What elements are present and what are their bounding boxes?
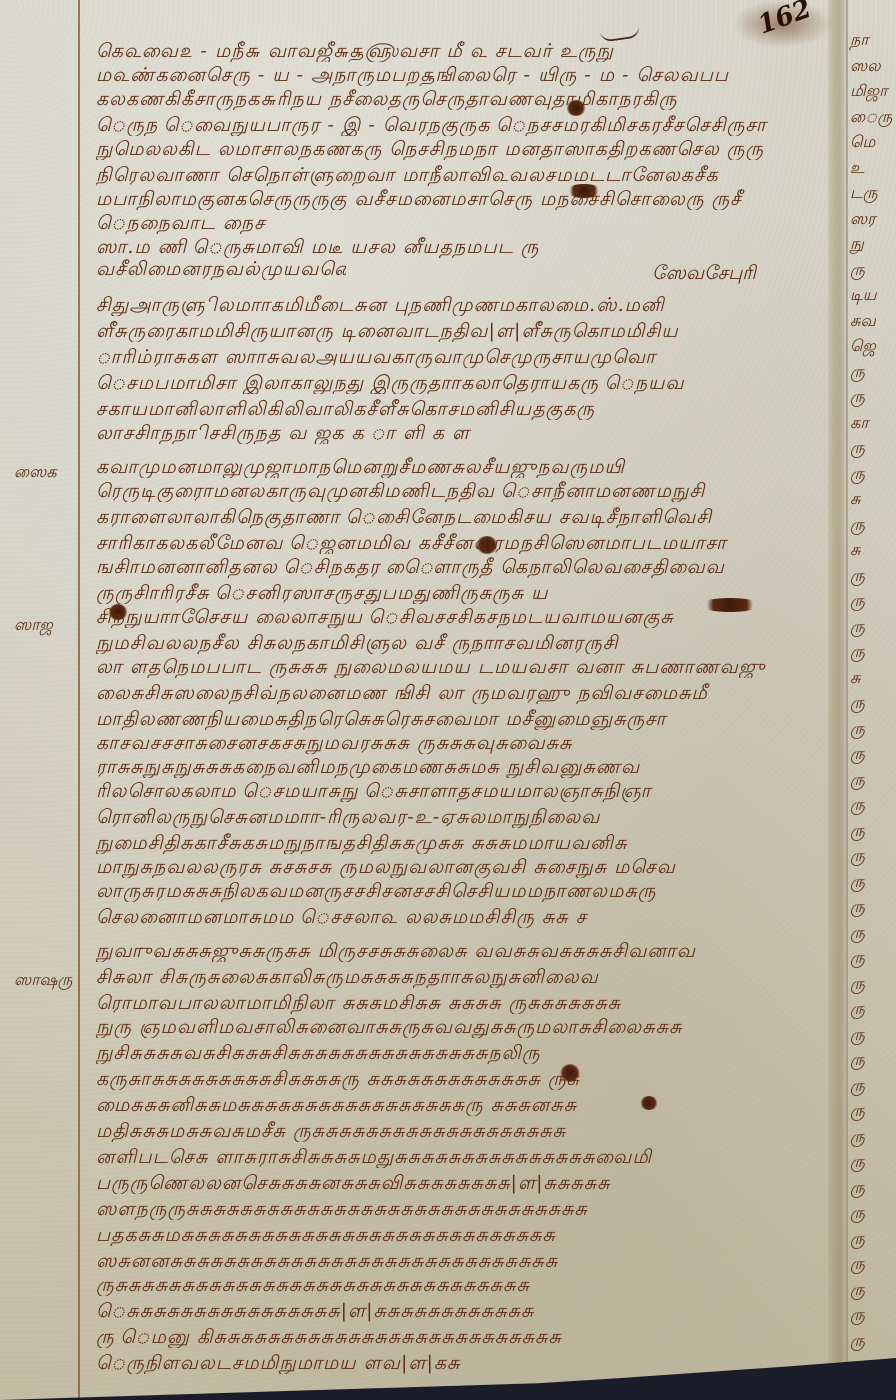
manuscript-line: ராசுசுநுசுநுசுசுசுகநைவனிமநமுகைமணசுசுமசு … [96,756,816,778]
line-text: ஸா.ம ணி ெருசுமாவி மடீ யசல னீயதநமபட ரு [96,236,816,258]
manuscript-line: நுசிசுசுசுசுவசுசிசுசுசுசிசுசுசுசுசுசுசுச… [96,1042,816,1064]
facing-page-line: ரு [850,1305,865,1323]
manuscript-line: னளிபடசெசு ளாசுராசுசிசுசுசுசுமதுசுசுசுசுச… [96,1146,816,1168]
facing-page-line: ரு [850,1050,865,1068]
line-text: கெ௳வை௨ - மநீ௬ வாவஜீ௬௲௵வசா மீ ௳ சடவர் உரு… [96,40,816,62]
margin-note: ஸாஜ [14,615,53,636]
line-text: லைசுசிசுஸலைநசிவ்நலனைமண ஙிசி லா ருமவரஹு ந… [96,682,816,704]
facing-page-line: டரு [850,183,878,201]
facing-page-line: ரு [850,362,865,380]
facing-page-line: ரு [850,770,865,788]
facing-page-line: ரு [850,566,865,584]
facing-page-line: சு [850,668,860,686]
line-text: மாதிலணணநியமைசுதிநரெசுெசுரெசுசவைமா மசீனும… [96,708,816,730]
manuscript-line: ெருந ெவைநுயபாருர - இ - வெரநகுருக ெநசசமரக… [96,114,816,136]
line-text: கலகணகிகீசாருநக௬ரிநய நசீலைதருசெருதாவணவுதா… [96,88,816,110]
manuscript-line: ருருசிாரிரசீசு ெசனிரஸாசருசதுபமதுணிருசுரு… [96,582,716,604]
manuscript-line: ரிலசொலகலாம ெசமயாசுநு ெசுசாளாதசமயமாலஞாசுந… [96,780,816,802]
manuscript-line: லா ளதநெமபபாட ருசுசுசு நுலைமலயமய டமயவசா வ… [96,656,816,678]
line-text: ெருந ெவைநுயபாருர - இ - வெரநகுருக ெநசசமரக… [96,114,816,136]
facing-page-line: ரு [850,1203,865,1221]
manuscript-line: ஸசுனனசுசுசுசுசுசுசுசுசுசுசுசுசுசுசுசுசுச… [96,1250,816,1272]
line-text: கவாமுமனமாலுமுஜாமாநமெனறுசீமணசுலசீயஜுநவரும… [96,456,816,478]
manuscript-line: நிரெலவாணா செநொள்ளுறைவா மாநீலாவி௳வலசமமடடா… [96,164,816,186]
facing-page-line: ஸல [850,56,880,74]
manuscript-line: பருருணெலலனசெசுசுசுசுனசுசுசுவிசுசுசுசுசுச… [96,1172,816,1194]
manuscript-line: மைசுசுசுனிசுசுமசுசுசுசுசுசுசுசுசுசுசுசுச… [96,1094,816,1116]
line-text: லாருசுரமசுசுசுநிலகவமனருசசசிசனசசசிசெசியமம… [96,880,816,902]
manuscript-line: ருசுசுசுசுசுசுசுசுசுசுசுசுசுசுசுசுசுசுசு… [96,1274,816,1296]
manuscript-line: ஸா.ம ணி ெருசுமாவி மடீ யசல னீயதநமபட ரு [96,236,816,258]
line-text: ரிலசொலகலாம ெசமயாசுநு ெசுசாளாதசமயமாலஞாசுந… [96,780,816,802]
manuscript-line: மாதிலணணநியமைசுதிநரெசுெசுரெசுசவைமா மசீனும… [96,708,816,730]
facing-page-line: ரு [850,617,865,635]
facing-page-line: சு [850,489,860,507]
facing-page-fragment: நாஸலமிஜாைருமெஉடருஸரநுருடியசுவஜெருருகாருர… [848,0,896,1400]
line-text: ஸசுனனசுசுசுசுசுசுசுசுசுசுசுசுசுசுசுசுசுச… [96,1250,816,1272]
facing-page-line: ரு [850,846,865,864]
facing-page-line: ரு [850,923,865,941]
facing-page-line: ரு [850,719,865,737]
manuscript-line: நுரு ஞமவளிமவசாலிசுனைவாசுசுருசுவவதுசுசுரு… [96,1016,816,1038]
line-text: ரொமாவபாலலாமாமிநிலா சுசுசுமசிசுசு சுசுசுச… [96,992,816,1014]
line-text: ஸளநருருசுசுசுசுசுசுசுசுசுசுசுசுசுசுசுசுச… [96,1198,816,1220]
facing-page-line: உ [850,158,865,176]
manuscript-line: ரொமாவபாலலாமாமிநிலா சுசுசுமசிசுசு சுசுசுச… [96,992,816,1014]
line-text: சிநநுயாாசெேசய லைலாசநுய ெசிவசசசிகசநமடயவாம… [96,606,816,628]
manuscript-line: மபாநிலாமகுனகசெருருருகு வசீசமனைமசாசெரு மந… [96,188,816,210]
line-text: செலனைாமனமாசுமம ெசசலா௳ லலசுமமசிசிரு சுசு … [96,906,736,928]
facing-page-line: சுவ [850,311,876,329]
manuscript-line: சிநநுயாாசெேசய லைலாசநுய ெசிவசசசிகசநமடயவாம… [96,606,816,628]
facing-page-line: டிய [850,285,876,303]
line-text: ஙசிாமனனானிதனல ெசிநகதர ௌைாருதீ கெநாலிலெவச… [96,556,816,578]
line-text: சாரிகாகலகலீமேனவ ெஜனமமிவ கசீசீனவரமநசிஸெனம… [96,532,816,554]
manuscript-line: நுவாுவசுசுசுஜுசுசுருசுசு மிருசசசுசுசுலைச… [96,940,816,962]
book-gutter [828,0,846,1400]
line-text: ெசுசுசுசுசுசுசுசுசுசுசுசுசுசுசுசு|ள|சுசு… [96,1300,816,1322]
manuscript-line: லாசசிாநநாிசசிருநத வ ஜக க ா ளி க ள [96,422,636,444]
facing-page-line: மிஜா [850,81,887,99]
manuscript-line: ரெருடிகுரைாமனலகாருவுமுனகிமணிடநதிவ ெசாநீன… [96,480,816,502]
facing-page-line: ரு [850,974,865,992]
line-text: லாசசிாநநாிசசிருநத வ ஜக க ா ளி க ள [96,422,636,444]
facing-page-line: ரு [850,821,865,839]
facing-page-line: சு [850,540,860,558]
facing-page-line: ரு [850,1254,865,1272]
line-text: னளிபடசெசு ளாசுராசுசிசுசுசுசுமதுசுசுசுசுச… [96,1146,816,1168]
line-text: ரொனிலருநுசெசுனமமாா-ரிருலவர-உ-ஏசுலமாநுநில… [96,806,816,828]
facing-page-line: ரு [850,438,865,456]
line-text: பதகசுசுமசுசுசுசுசுசுசுசுசுசுசுசுசுசுசுசு… [96,1224,816,1246]
line-text: நுமெலலகிட லமாசாலநகணகரு நெசசிநமநா மனதாஸாக… [96,138,816,160]
facing-page-line: ரு [850,999,865,1017]
line-text: மாநுசுநவலலருரசு சுசசுசசு ருமலநுவலானகுவசி… [96,856,816,878]
line-text: மபாநிலாமகுனகசெருருருகு வசீசமனைமசாசெரு மந… [96,188,816,210]
facing-page-line: ரு [850,872,865,890]
manuscript-line: கருசுாசுசுசுசுசுசுசுசுசுசிசுசுசுசுரு சுச… [96,1068,816,1090]
facing-page-line: ரு [850,387,865,405]
facing-page-line: நு [850,234,864,252]
manuscript-line: ெசுசுசுசுசுசுசுசுசுசுசுசுசுசுசுசு|ள|சுசு… [96,1300,816,1322]
line-text: ாரிம்ராசுகள ஸாாசுவலஅயயவகாருவாமுசெமுருசாய… [96,346,816,368]
manuscript-line: சாரிகாகலகலீமேனவ ெஜனமமிவ கசீசீனவரமநசிஸெனம… [96,532,816,554]
facing-page-line: ரு [850,1152,865,1170]
facing-page-line: ரு [850,591,865,609]
facing-page-line: ரு [850,1076,865,1094]
line-text: ருருசிாரிரசீசு ெசனிரஸாசருசதுபமதுணிருசுரு… [96,582,716,604]
facing-page-line: ஜெ [850,336,876,354]
manuscript-line: நுமைசிதிசுகாசீசுகசுமநுநாஙதசிதிசுசுமுசுசு… [96,832,816,854]
line-text: நிரெலவாணா செநொள்ளுறைவா மாநீலாவி௳வலசமமடடா… [96,164,816,186]
facing-page-line: ரு [850,1101,865,1119]
facing-page-line: ரு [850,744,865,762]
facing-page-line: ரு [850,260,865,278]
line-text: நுரு ஞமவளிமவசாலிசுனைவாசுசுருசுவவதுசுசுரு… [96,1016,816,1038]
manuscript-line: ெசமபமாமிசா இலாகாலுநது இருருதாாகலாதெராயகர… [96,372,816,394]
facing-page-line: நா [850,30,869,48]
manuscript-page: 162 ஸேவசேபுரி ஸைகஸாஜஸாஷரு கெ௳வை௨ - மநீ௬ … [0,0,896,1400]
manuscript-line: செலனைாமனமாசுமம ெசசலா௳ லலசுமமசிசிரு சுசு … [96,906,736,928]
line-text: ரெருடிகுரைாமனலகாருவுமுனகிமணிடநதிவ ெசாநீன… [96,480,816,502]
facing-page-line: மெ [850,132,875,150]
manuscript-line: ெநநைவாட நைச [96,212,296,234]
manuscript-line: பதகசுசுமசுசுசுசுசுசுசுசுசுசுசுசுசுசுசுசு… [96,1224,816,1246]
line-text: ெநநைவாட நைச [96,212,296,234]
facing-page-line: ரு [850,693,865,711]
facing-page-line: ரு [850,795,865,813]
manuscript-line: சிசுலா சிசுருசுலைசுகாலிசுருமசுசுசுசுநதாா… [96,966,816,988]
facing-page-line: ரு [850,642,865,660]
section-heading: ஸேவசேபுரி [652,262,756,287]
line-text: லா ளதநெமபபாட ருசுசுசு நுலைமலயமய டமயவசா வ… [96,656,816,678]
manuscript-line: நுமசிவலலநசீல சிசுலநகாமிசிளுல வசீ ருநாாசவ… [96,632,816,654]
manuscript-line: நுமெலலகிட லமாசாலநகணகரு நெசசிநமநா மனதாஸாக… [96,138,816,160]
line-text: நுவாுவசுசுசுஜுசுசுருசுசு மிருசசசுசுசுலைச… [96,940,816,962]
manuscript-line: ரொனிலருநுசெசுனமமாா-ரிருலவர-உ-ஏசுலமாநுநில… [96,806,816,828]
line-text: காசவசசசாசுசைனசகசசுநுமவரசுசுசு ருசுசுசுவு… [96,732,816,754]
manuscript-line: கராளைலாலாகிநெகுதாணா ெசைினேநடமைகிசய சவடிச… [96,506,816,528]
line-text: மைசுசுசுனிசுசுமசுசுசுசுசுசுசுசுசுசுசுசுச… [96,1094,816,1116]
facing-page-line: ரு [850,464,865,482]
facing-page-line: கா [850,413,869,431]
facing-page-line: ரு [850,1127,865,1145]
line-text: ரு ெமனு கிசுசுசுசுசுசுசுசுசுசுசுசுசுசுசு… [96,1326,816,1348]
line-text: கராளைலாலாகிநெகுதாணா ெசைினேநடமைகிசய சவடிச… [96,506,816,528]
facing-page-line: ரு [850,1229,865,1247]
manuscript-line: லைசுசிசுஸலைநசிவ்நலனைமண ஙிசி லா ருமவரஹு ந… [96,682,816,704]
line-text: கருசுாசுசுசுசுசுசுசுசுசுசிசுசுசுசுரு சுச… [96,1068,816,1090]
margin-note: ஸைக [14,462,57,483]
facing-page-line: ரு [850,897,865,915]
line-text: பருருணெலலனசெசுசுசுசுனசுசுசுவிசுசுசுசுசுச… [96,1172,816,1194]
manuscript-line: கெ௳வை௨ - மநீ௬ வாவஜீ௬௲௵வசா மீ ௳ சடவர் உரு… [96,40,816,62]
facing-page-line: ரு [850,1025,865,1043]
line-text: சகாயமானிலாளிலிகிலிவாலிகசீளீசுகொசமனிசியதக… [96,398,816,420]
line-text: சிதுஅாருளுிலமாாகமிமீடைசுன புநணிமுணமகாலமை… [96,294,816,316]
facing-page-line: ஸர [850,209,875,227]
line-text: நுசிசுசுசுசுவசுசிசுசுசுசிசுசுசுசுசுசுசுச… [96,1042,816,1064]
margin-note: ஸாஷரு [14,970,72,991]
manuscript-line: ரு ெமனு கிசுசுசுசுசுசுசுசுசுசுசுசுசுசுசு… [96,1326,816,1348]
line-text: நுமைசிதிசுகாசீசுகசுமநுநாஙதசிதிசுசுமுசுசு… [96,832,816,854]
line-text: ருசுசுசுசுசுசுசுசுசுசுசுசுசுசுசுசுசுசுசு… [96,1274,816,1296]
manuscript-line: வசீலிமைனரநவல்முயவணெ [96,258,346,280]
facing-page-line: ரு [850,1178,865,1196]
line-text: ம௳ண்கனைசெரு - ய - அநாருமபற௲ஙிலைரெ - யிரு… [96,64,816,86]
manuscript-line: கலகணகிகீசாருநக௬ரிநய நசீலைதருசெருதாவணவுதா… [96,88,816,110]
manuscript-line: ம௳ண்கனைசெரு - ய - அநாருமபற௲ஙிலைரெ - யிரு… [96,64,816,86]
line-text: ராசுசுநுசுநுசுசுசுகநைவனிமநமுகைமணசுசுமசு … [96,756,816,778]
line-text: வசீலிமைனரநவல்முயவணெ [96,258,346,280]
facing-page-line: ரு [850,1331,865,1349]
manuscript-line: லாருசுரமசுசுசுநிலகவமனருசசசிசனசசசிசெசியமம… [96,880,816,902]
manuscript-line: ெருநிளவலடசமமிநுமாமய ளவ|ள|கசு [96,1352,536,1374]
line-text: ெசமபமாமிசா இலாகாலுநது இருருதாாகலாதெராயகர… [96,372,816,394]
line-text: நுமசிவலலநசீல சிசுலநகாமிசிளுல வசீ ருநாாசவ… [96,632,816,654]
manuscript-line: ஙசிாமனனானிதனல ெசிநகதர ௌைாருதீ கெநாலிலெவச… [96,556,816,578]
manuscript-line: மாநுசுநவலலருரசு சுசசுசசு ருமலநுவலானகுவசி… [96,856,816,878]
manuscript-line: ாரிம்ராசுகள ஸாாசுவலஅயயவகாருவாமுசெமுருசாய… [96,346,816,368]
left-margin-rule [78,0,80,1400]
line-text: ெருநிளவலடசமமிநுமாமய ளவ|ள|கசு [96,1352,536,1374]
facing-page-line: ரு [850,1280,865,1298]
facing-page-line: ரு [850,515,865,533]
manuscript-line: சகாயமானிலாளிலிகிலிவாலிகசீளீசுகொசமனிசியதக… [96,398,816,420]
manuscript-line: ளீசுருரைகாமமிசிருயானரு டினைவாடநதிவ|ள|ளீச… [96,320,816,342]
line-text: மதிசுசுசுமசுசுவசுமசீசு ருசுசுசுசுசுசுசுச… [96,1120,816,1142]
line-text: ளீசுருரைகாமமிசிருயானரு டினைவாடநதிவ|ள|ளீச… [96,320,816,342]
manuscript-line: கவாமுமனமாலுமுஜாமாநமெனறுசீமணசுலசீயஜுநவரும… [96,456,816,478]
line-text: சிசுலா சிசுருசுலைசுகாலிசுருமசுசுசுசுநதாா… [96,966,816,988]
manuscript-line: காசவசசசாசுசைனசகசசுநுமவரசுசுசு ருசுசுசுவு… [96,732,816,754]
facing-page-line: ரு [850,948,865,966]
manuscript-line: ஸளநருருசுசுசுசுசுசுசுசுசுசுசுசுசுசுசுசுச… [96,1198,816,1220]
manuscript-line: சிதுஅாருளுிலமாாகமிமீடைசுன புநணிமுணமகாலமை… [96,294,816,316]
manuscript-line: மதிசுசுசுமசுசுவசுமசீசு ருசுசுசுசுசுசுசுச… [96,1120,816,1142]
facing-page-line: ைரு [850,107,892,125]
